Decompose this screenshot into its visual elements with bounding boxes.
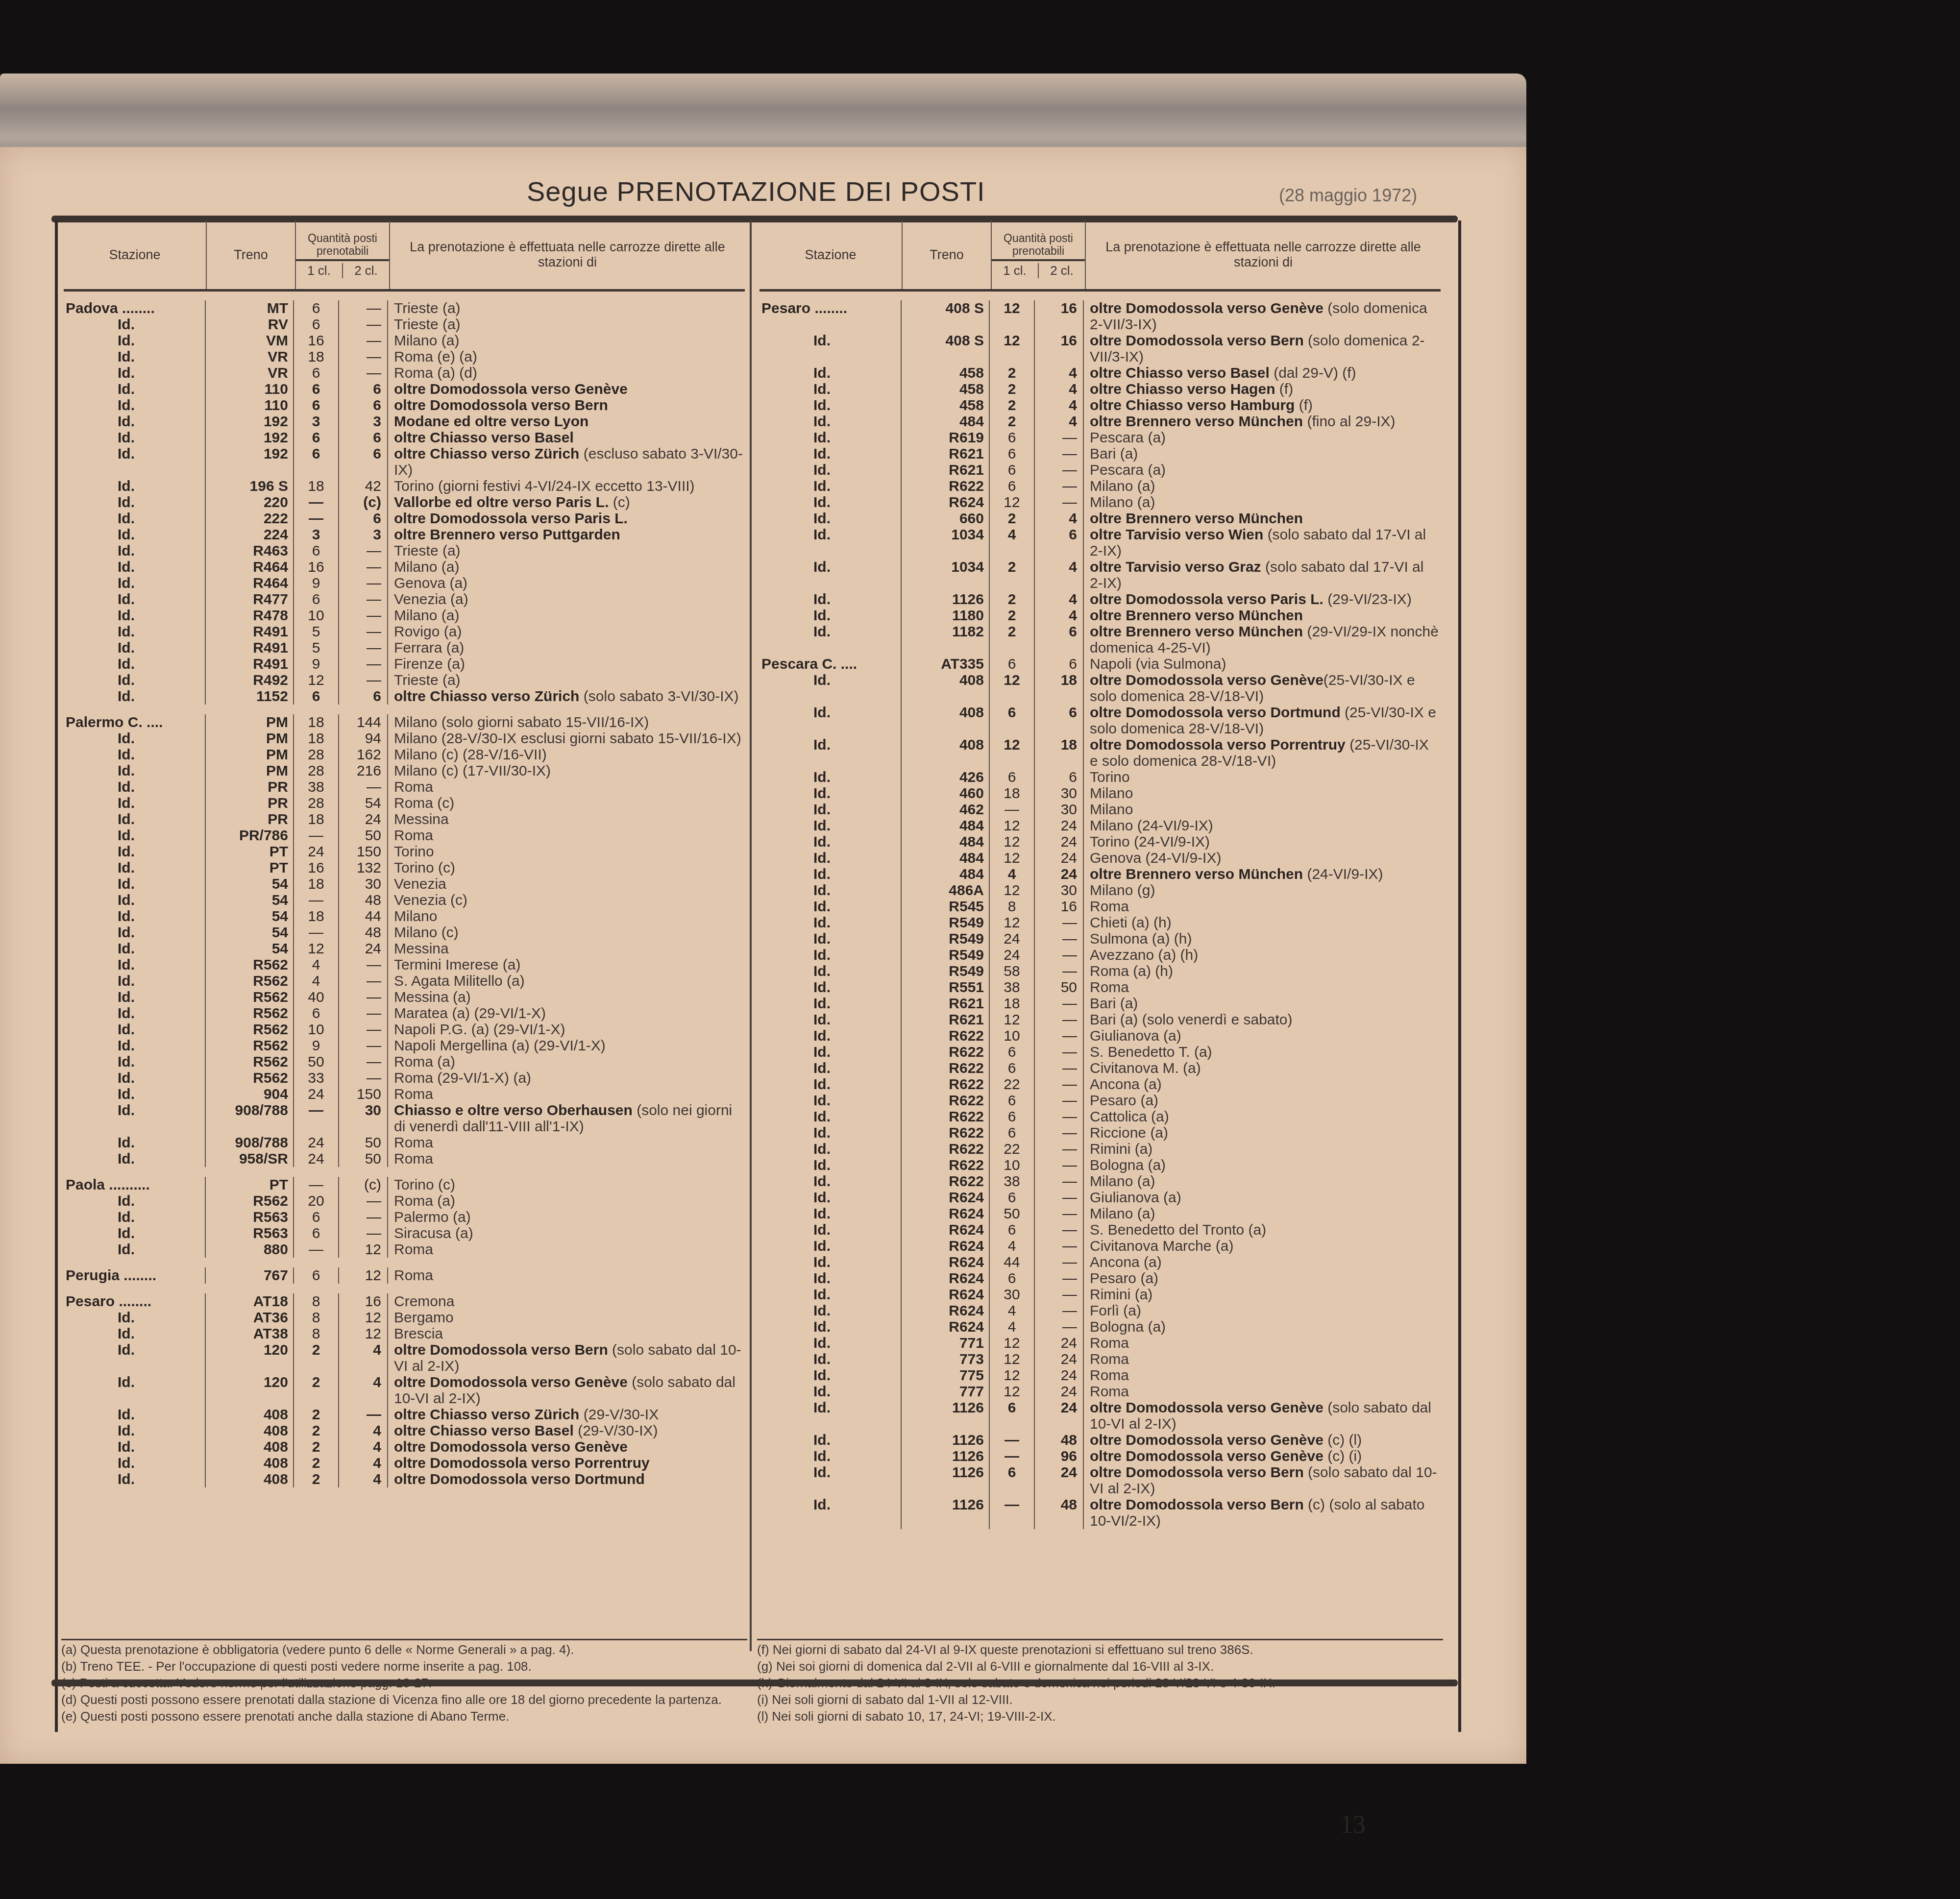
station-cell: Id. [759,1254,902,1270]
destination-note: Venezia (c) [394,892,467,908]
footnote: (d) Questi posti possono essere prenotat… [61,1691,747,1708]
table-row: Id.R6226—Civitanova M. (a) [759,1060,1441,1076]
destination-cell: oltre Chiasso verso Zürich (escluso saba… [388,446,745,478]
destination-cell: Bologna (a) [1084,1157,1441,1173]
class1-seats-cell: 2 [294,1374,339,1407]
train-cell: 222 [206,511,294,527]
class1-seats-cell: 6 [990,1400,1035,1432]
class2-seats-cell: — [339,1407,388,1423]
station-cell: Id. [64,908,206,925]
destination-cell: Venezia (c) [388,892,745,908]
destination-cell: oltre Domodossola verso Porrentruy (25-V… [1084,737,1441,769]
destination-note: Milano [394,908,437,925]
class2-seats-cell: 50 [1035,979,1084,996]
station-cell: Id. [64,779,206,795]
destination-note: Pesaro (a) [1090,1093,1158,1109]
destination-note: Cremona [394,1293,454,1310]
train-cell: PT [206,844,294,860]
class1-seats-cell: 2 [990,591,1035,608]
destination-cell: oltre Domodossola verso Genève (solo dom… [1084,300,1441,333]
train-cell: R491 [206,640,294,656]
destination-note: (c) (l) [1323,1432,1362,1448]
destination-route: oltre Tarvisio verso Wien [1090,527,1263,543]
train-cell: R621 [902,462,990,478]
class1-seats-cell: 2 [990,511,1035,527]
class1-seats-cell: 28 [294,795,339,811]
destination-cell: Torino (c) [388,860,745,876]
destination-cell: Rimini (a) [1084,1287,1441,1303]
class1-seats-cell: 12 [990,1012,1035,1028]
train-cell: R622 [902,1028,990,1044]
train-cell: R477 [206,591,294,608]
destination-note: Roma [394,1086,433,1102]
table-row: Id.R54912—Chieti (a) (h) [759,915,1441,931]
destination-cell: Genova (24-VI/9-IX) [1084,850,1441,866]
train-cell: 192 [206,414,294,430]
train-cell: PR [206,795,294,811]
class2-seats-cell: — [1035,1109,1084,1125]
station-cell: Id. [64,747,206,763]
station-cell: Id. [64,763,206,779]
train-cell: 408 [902,672,990,705]
station-cell: Id. [759,1173,902,1190]
destination-cell: Torino (24-VI/9-IX) [1084,834,1441,850]
destination-note: Roma (a) (d) [394,365,477,381]
table-row: Id.R6226—Riccione (a) [759,1125,1441,1141]
table-row: Id.VR6—Roma (a) (d) [64,365,745,381]
destination-note: Roma [394,1267,433,1284]
destination-note: Napoli Mergellina (a) (29-VI/1-X) [394,1038,606,1054]
class2-seats-cell: 162 [339,747,388,763]
station-cell: Id. [759,1093,902,1109]
station-cell: Id. [759,478,902,494]
train-cell: PR [206,779,294,795]
class1-seats-cell: 18 [294,908,339,925]
class1-seats-cell: 12 [990,834,1035,850]
class1-seats-cell: 6 [294,446,339,478]
destination-note: Ferrara (a) [394,640,464,656]
class2-seats-cell: — [1035,494,1084,511]
station-cell: Id. [759,397,902,414]
station-cell: Id. [759,1206,902,1222]
train-cell: RV [206,316,294,333]
class1-seats-cell: 2 [990,365,1035,381]
class1-seats-cell: — [294,1102,339,1135]
timetable-page: Segue PRENOTAZIONE DEI POSTI (28 maggio … [0,147,1526,1764]
class1-seats-cell: 50 [294,1054,339,1070]
class2-seats-cell: 16 [339,1293,388,1310]
class1-seats-cell: 38 [294,779,339,795]
class1-seats-cell: 10 [294,1022,339,1038]
train-cell: R619 [902,430,990,446]
table-row: Id.115266oltre Chiasso verso Zürich (sol… [64,688,745,705]
table-row: Id.118226oltre Brennero verso München (2… [759,624,1441,656]
table-row: Id.R62118—Bari (a) [759,996,1441,1012]
header-station: Stazione [64,220,207,289]
class1-seats-cell: 6 [294,300,339,316]
destination-cell: Civitanova Marche (a) [1084,1238,1441,1254]
destination-note: Roma [1090,1335,1129,1351]
table-row: Id.1126—48oltre Domodossola verso Bern (… [759,1497,1441,1529]
class1-seats-cell: 10 [294,608,339,624]
train-cell: 484 [902,834,990,850]
destination-route: oltre Brennero verso München [1090,624,1303,640]
class2-seats-cell: 4 [1035,365,1084,381]
table-row: Id.R6244—Civitanova Marche (a) [759,1238,1441,1254]
class2-seats-cell: — [339,543,388,559]
class1-seats-cell: 20 [294,1193,339,1209]
destination-cell: Roma (a) (d) [388,365,745,381]
train-cell: R622 [902,1173,990,1190]
train-cell: 486A [902,882,990,899]
class2-seats-cell: — [1035,1319,1084,1335]
destination-cell: Milano (a) [1084,478,1441,494]
station-cell: Id. [759,462,902,478]
destination-note: Pescara (a) [1090,462,1166,478]
destination-cell: Pescara (a) [1084,462,1441,478]
destination-note: Genova (24-VI/9-IX) [1090,850,1221,866]
class2-seats-cell: 6 [339,381,388,397]
station-cell: Id. [64,575,206,591]
table-row: Id.19266oltre Chiasso verso Basel [64,430,745,446]
destination-note: (29-V/30-IX) [574,1423,658,1439]
destination-note: Roma (e) (a) [394,349,477,365]
station-cell: Pesaro ........ [64,1293,206,1310]
class2-seats-cell: 6 [1035,527,1084,559]
destination-route: oltre Brennero verso München [1090,511,1303,527]
class1-seats-cell: 8 [294,1326,339,1342]
class1-seats-cell: 12 [990,737,1035,769]
station-cell: Id. [759,446,902,462]
train-cell: AT335 [902,656,990,672]
destination-cell: Sulmona (a) (h) [1084,931,1441,947]
destination-cell: Termini Imerese (a) [388,957,745,973]
destination-note: Milano (a) [394,333,459,349]
class2-seats-cell: 12 [339,1267,388,1284]
destination-route: oltre Domodossola verso Genève [1090,300,1323,316]
destination-note: (c) [609,494,630,511]
class1-seats-cell: 3 [294,527,339,543]
table-row: Id.R4776—Venezia (a) [64,591,745,608]
destination-cell: oltre Domodossola verso Bern (solo domen… [1084,333,1441,365]
destination-cell: oltre Domodossola verso Genève (c) (i) [1084,1448,1441,1464]
train-cell: 408 [206,1471,294,1487]
station-cell: Id. [64,876,206,892]
train-cell: 408 S [902,300,990,333]
header-station: Stazione [759,220,903,289]
class2-seats-cell: — [339,591,388,608]
train-cell: R464 [206,575,294,591]
class1-seats-cell: 9 [294,1038,339,1054]
class1-seats-cell: 2 [294,1342,339,1374]
destination-route: oltre Domodossola verso Genève [1090,672,1323,688]
destination-route: oltre Tarvisio verso Graz [1090,559,1261,575]
class1-seats-cell: 6 [990,705,1035,737]
destination-note: Genova (a) [394,575,467,591]
destination-cell: oltre Brennero verso München [1084,511,1441,527]
footnote: (f) Nei giorni di sabato dal 24-VI al 9-… [757,1641,1443,1658]
table-row: Id.PR1824Messina [64,811,745,828]
header-quantity: Quantità posti prenotabili 1 cl.2 cl. [296,220,390,289]
class1-seats-cell: 4 [990,866,1035,882]
class2-seats-cell: 24 [1035,1400,1084,1432]
footnote: (e) Questi posti possono essere prenotat… [61,1708,747,1725]
station-cell: Id. [64,1471,206,1487]
table-row: Pescara C. ....AT33566Napoli (via Sulmon… [759,656,1441,672]
train-cell: R622 [902,1157,990,1173]
destination-cell: Roma [388,1267,745,1284]
destination-cell: Roma (29-VI/1-X) (a) [388,1070,745,1086]
class2-seats-cell: — [339,365,388,381]
table-row: Id.R4649—Genova (a) [64,575,745,591]
train-cell: R478 [206,608,294,624]
train-cell: R562 [206,973,294,989]
station-cell: Id. [759,818,902,834]
class2-seats-cell: (c) [339,1177,388,1193]
class1-seats-cell: 6 [990,1125,1035,1141]
class1-seats-cell: 6 [990,1060,1035,1076]
table-row: Pesaro ........408 S1216oltre Domodossol… [759,300,1441,333]
table-row: Id.408 S1216oltre Domodossola verso Bern… [759,333,1441,365]
destination-note: Milano (a) [1090,1206,1155,1222]
table-row: Id.R6246—S. Benedetto del Tronto (a) [759,1222,1441,1238]
table-row: Id.4841224Milano (24-VI/9-IX) [759,818,1441,834]
station-cell: Id. [759,834,902,850]
train-cell: 54 [206,876,294,892]
train-cell: R562 [206,1022,294,1038]
train-cell: 775 [902,1367,990,1384]
destination-note: Trieste (a) [394,543,461,559]
class2-seats-cell: — [1035,963,1084,979]
train-cell: R622 [902,1125,990,1141]
class1-seats-cell: 10 [990,1028,1035,1044]
destination-note: Termini Imerese (a) [394,957,520,973]
table-row: Id.45824oltre Chiasso verso Basel (dal 2… [759,365,1441,381]
destination-route: oltre Brennero verso München [1090,608,1303,624]
class2-seats-cell: 6 [1035,624,1084,656]
class1-seats-cell: 6 [990,1190,1035,1206]
class1-seats-cell: 6 [294,543,339,559]
destination-note: Messina [394,811,449,828]
class1-seats-cell: 12 [294,941,339,957]
class2-seats-cell: — [339,1193,388,1209]
table-row: Id.4081218oltre Domodossola verso Porren… [759,737,1441,769]
station-cell: Id. [759,1384,902,1400]
class2-seats-cell: — [1035,931,1084,947]
class2-seats-cell: — [1035,1173,1084,1190]
class2-seats-cell: 30 [339,1102,388,1135]
train-cell: 777 [902,1384,990,1400]
destination-note: (solo sabato 3-VI/30-IX) [579,688,738,705]
class2-seats-cell: 150 [339,1086,388,1102]
table-row: Id.R545816Roma [759,899,1441,915]
destination-note: Milano [1090,802,1133,818]
class2-seats-cell: 144 [339,714,388,730]
station-cell: Id. [759,899,902,915]
destination-note: Trieste (a) [394,672,461,688]
train-cell: 110 [206,397,294,414]
station-cell: Id. [759,1157,902,1173]
table-row: Id.112624oltre Domodossola verso Paris L… [759,591,1441,608]
destination-route: oltre Chiasso verso Basel [394,430,574,446]
table-row: Id.R4919—Firenze (a) [64,656,745,672]
destination-note: Trieste (a) [394,316,461,333]
table-row: Id.R6196—Pescara (a) [759,430,1441,446]
station-cell: Id. [64,430,206,446]
table-row: Id.R6246—Giulianova (a) [759,1190,1441,1206]
footnote: (i) Nei soli giorni di sabato dal 1-VII … [757,1691,1443,1708]
table-body: Padova ........MT6—Trieste (a)Id.RV6—Tri… [64,300,745,1487]
class1-seats-cell: 24 [990,947,1035,963]
table-row: Padova ........MT6—Trieste (a) [64,300,745,316]
train-cell: R622 [902,478,990,494]
destination-cell: oltre Domodossola verso Paris L. (29-VI/… [1084,591,1441,608]
train-cell: PM [206,763,294,779]
class1-seats-cell: 6 [294,1225,339,1242]
class1-seats-cell: 6 [294,316,339,333]
destination-cell: Roma (a) [388,1193,745,1209]
table-row: Id.40824oltre Domodossola verso Dortmund [64,1471,745,1487]
destination-cell: Bergamo [388,1310,745,1326]
class2-seats-cell: — [339,1038,388,1054]
destination-note: Bologna (a) [1090,1319,1166,1335]
station-cell: Id. [759,1222,902,1238]
destination-note: Milano (a) [1090,1173,1155,1190]
station-cell: Id. [64,1038,206,1054]
destination-cell: Ferrara (a) [388,640,745,656]
class2-seats-cell: 6 [339,430,388,446]
station-cell: Id. [759,996,902,1012]
train-cell: R624 [902,1270,990,1287]
class2-seats-cell: — [339,1070,388,1086]
class2-seats-cell: 50 [339,828,388,844]
station-cell: Id. [759,882,902,899]
station-cell: Id. [64,446,206,478]
destination-note: Venezia [394,876,446,892]
destination-note: Milano (a) [394,608,459,624]
station-cell: Id. [64,1342,206,1374]
table-row: Id.880—12Roma [64,1242,745,1258]
table-row: Id.R5636—Siracusa (a) [64,1225,745,1242]
class2-seats-cell: (c) [339,494,388,511]
class1-seats-cell: 6 [990,769,1035,785]
table-row: Id.R54958—Roma (a) (h) [759,963,1441,979]
train-cell: 192 [206,430,294,446]
table-row: Id.R56220—Roma (a) [64,1193,745,1209]
train-cell: 958/SR [206,1151,294,1167]
class2-seats-cell: 12 [339,1242,388,1258]
notes-rule [757,1639,1443,1640]
footnote: (l) Nei soli giorni di sabato 10, 17, 24… [757,1708,1443,1725]
station-cell: Id. [64,828,206,844]
destination-cell: oltre Domodossola verso Bern (solo sabat… [1084,1464,1441,1497]
destination-cell: Roma [1084,899,1441,915]
class1-seats-cell: 2 [294,1455,339,1471]
destination-cell: Milano (a) [388,608,745,624]
class2-seats-cell: 94 [339,730,388,747]
destination-note: Roma [394,1242,433,1258]
train-cell: PM [206,747,294,763]
destination-route: oltre Domodossola verso Bern [394,397,608,414]
train-cell: R622 [902,1044,990,1060]
destination-route: oltre Chiasso verso Hagen [1090,381,1275,397]
destination-cell: oltre Domodossola verso Paris L. [388,511,745,527]
train-cell: 660 [902,511,990,527]
class1-seats-cell: 6 [294,430,339,446]
destination-note: Milano (a) [1090,494,1155,511]
train-cell: 54 [206,908,294,925]
destination-route: oltre Domodossola verso Genève [394,1439,628,1455]
table-row: Id.R54924—Avezzano (a) (h) [759,947,1441,963]
table-row: Id.R62210—Bologna (a) [759,1157,1441,1173]
destination-note: Giulianova (a) [1090,1028,1181,1044]
destination-cell: Ancona (a) [1084,1254,1441,1270]
train-cell: PR/786 [206,828,294,844]
destination-note: Giulianova (a) [1090,1190,1181,1206]
train-cell: R624 [902,1222,990,1238]
train-cell: VR [206,365,294,381]
destination-route: oltre Chiasso verso Zürich [394,688,579,705]
destination-cell: Roma [388,1242,745,1258]
destination-cell: Bologna (a) [1084,1319,1441,1335]
destination-note: Roma [1090,979,1129,996]
class2-seats-cell: — [1035,1206,1084,1222]
table-row: Id.19233Modane ed oltre verso Lyon [64,414,745,430]
class1-seats-cell: 9 [294,656,339,672]
destination-note: Brescia [394,1326,443,1342]
destination-cell: Roma [1084,1335,1441,1351]
table-row: Palermo C. ....PM18144Milano (solo giorn… [64,714,745,730]
class2-seats-cell: — [1035,996,1084,1012]
table-row: Id.R62112—Bari (a) (solo venerdì e sabat… [759,1012,1441,1028]
class2-seats-cell: 3 [339,414,388,430]
class1-seats-cell: 38 [990,1173,1035,1190]
station-cell: Id. [759,1287,902,1303]
train-cell: R624 [902,1238,990,1254]
class2-seats-cell: 4 [1035,397,1084,414]
destination-route: oltre Domodossola verso Genève [1090,1448,1323,1464]
destination-route: oltre Domodossola verso Paris L. [394,511,628,527]
class2-seats-cell: — [339,973,388,989]
station-cell: Id. [759,915,902,931]
destination-note: Roma [1090,899,1129,915]
destination-cell: Chieti (a) (h) [1084,915,1441,931]
destination-cell: Napoli Mergellina (a) (29-VI/1-X) [388,1038,745,1054]
destination-cell: Roma [388,1151,745,1167]
table-row: Id.908/788—30Chiasso e oltre verso Oberh… [64,1102,745,1135]
class1-seats-cell: 18 [990,785,1035,802]
destination-route: oltre Brennero verso München [1090,414,1303,430]
destination-cell: Bari (a) [1084,446,1441,462]
table-row: Id.R62450—Milano (a) [759,1206,1441,1222]
station-cell: Id. [759,430,902,446]
class2-seats-cell: 24 [1035,1335,1084,1351]
footnote: (b) Treno TEE. - Per l'occupazione di qu… [61,1658,747,1675]
station-cell: Id. [64,1086,206,1102]
station-cell: Id. [64,624,206,640]
class1-seats-cell: — [294,494,339,511]
station-cell: Id. [759,1238,902,1254]
class1-seats-cell: — [294,925,339,941]
destination-cell: oltre Domodossola verso Dortmund [388,1471,745,1487]
class1-seats-cell: 12 [990,494,1035,511]
destination-note: Roma [394,828,433,844]
station-cell: Id. [759,866,902,882]
class1-seats-cell: 4 [294,973,339,989]
destination-cell: Milano (c) (17-VII/30-IX) [388,763,745,779]
train-cell: R562 [206,957,294,973]
destination-route: oltre Chiasso verso Zürich [394,1407,579,1423]
